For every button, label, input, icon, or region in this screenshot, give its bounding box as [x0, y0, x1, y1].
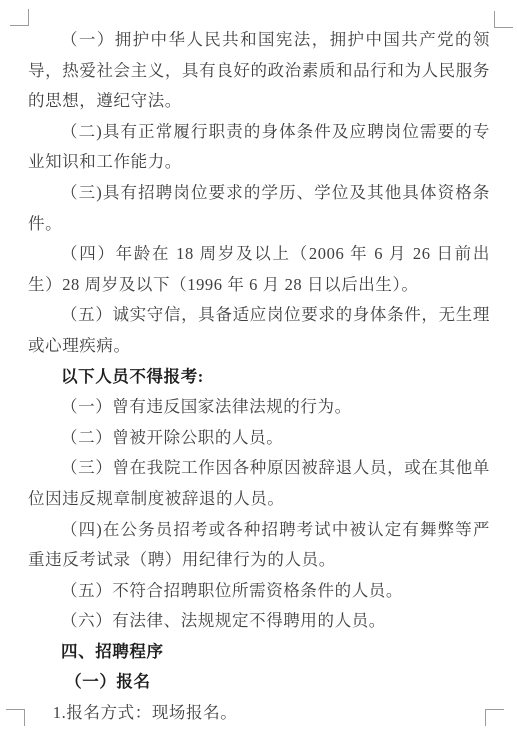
- clause-honesty-health: （五）诚实守信，具备适应岗位要求的身体条件，无生理或心理疾病。: [28, 300, 490, 361]
- excluded-unqualified: （五）不符合招聘职位所需资格条件的人员。: [28, 576, 490, 607]
- section-heading-recruitment-procedure: 四、招聘程序: [28, 637, 490, 668]
- excluded-dismissed-public-office: （二）曾被开除公职的人员。: [28, 423, 490, 454]
- subheading-registration: （一）报名: [28, 667, 490, 698]
- document-page: （一）拥护中华人民共和国宪法，拥护中国共产党的领导，热爱社会主义，具有良好的政治…: [0, 0, 517, 731]
- clause-qualifications: （三)具有招聘岗位要求的学历、学位及其他具体资格条件。: [28, 178, 490, 239]
- crop-mark-top-left: [10, 9, 29, 26]
- crop-mark-top-right: [494, 11, 513, 28]
- heading-not-eligible: 以下人员不得报考:: [28, 362, 490, 393]
- crop-mark-bottom-left: [6, 709, 25, 726]
- excluded-by-law: （六）有法律、法规规定不得聘用的人员。: [28, 606, 490, 637]
- document-body: （一）拥护中华人民共和国宪法，拥护中国共产党的领导，热爱社会主义，具有良好的政治…: [28, 25, 490, 729]
- excluded-previously-dismissed: （三）曾在我院工作因各种原因被辞退人员，或在其他单位因违反规章制度被辞退的人员。: [28, 453, 490, 514]
- registration-method: 1.报名方式：现场报名。: [28, 698, 490, 729]
- excluded-exam-cheating: （四)在公务员招考或各种招聘考试中被认定有舞弊等严重违反考试录（聘）用纪律行为的…: [28, 515, 490, 576]
- clause-physical-professional: （二)具有正常履行职责的身体条件及应聘岗位需要的专业知识和工作能力。: [28, 117, 490, 178]
- excluded-law-violation: （一）曾有违反国家法律法规的行为。: [28, 392, 490, 423]
- clause-uphold-constitution: （一）拥护中华人民共和国宪法，拥护中国共产党的领导，热爱社会主义，具有良好的政治…: [28, 25, 490, 117]
- clause-age-requirement: （四）年龄在 18 周岁及以上（2006 年 6 月 26 日前出生）28 周岁…: [28, 239, 490, 300]
